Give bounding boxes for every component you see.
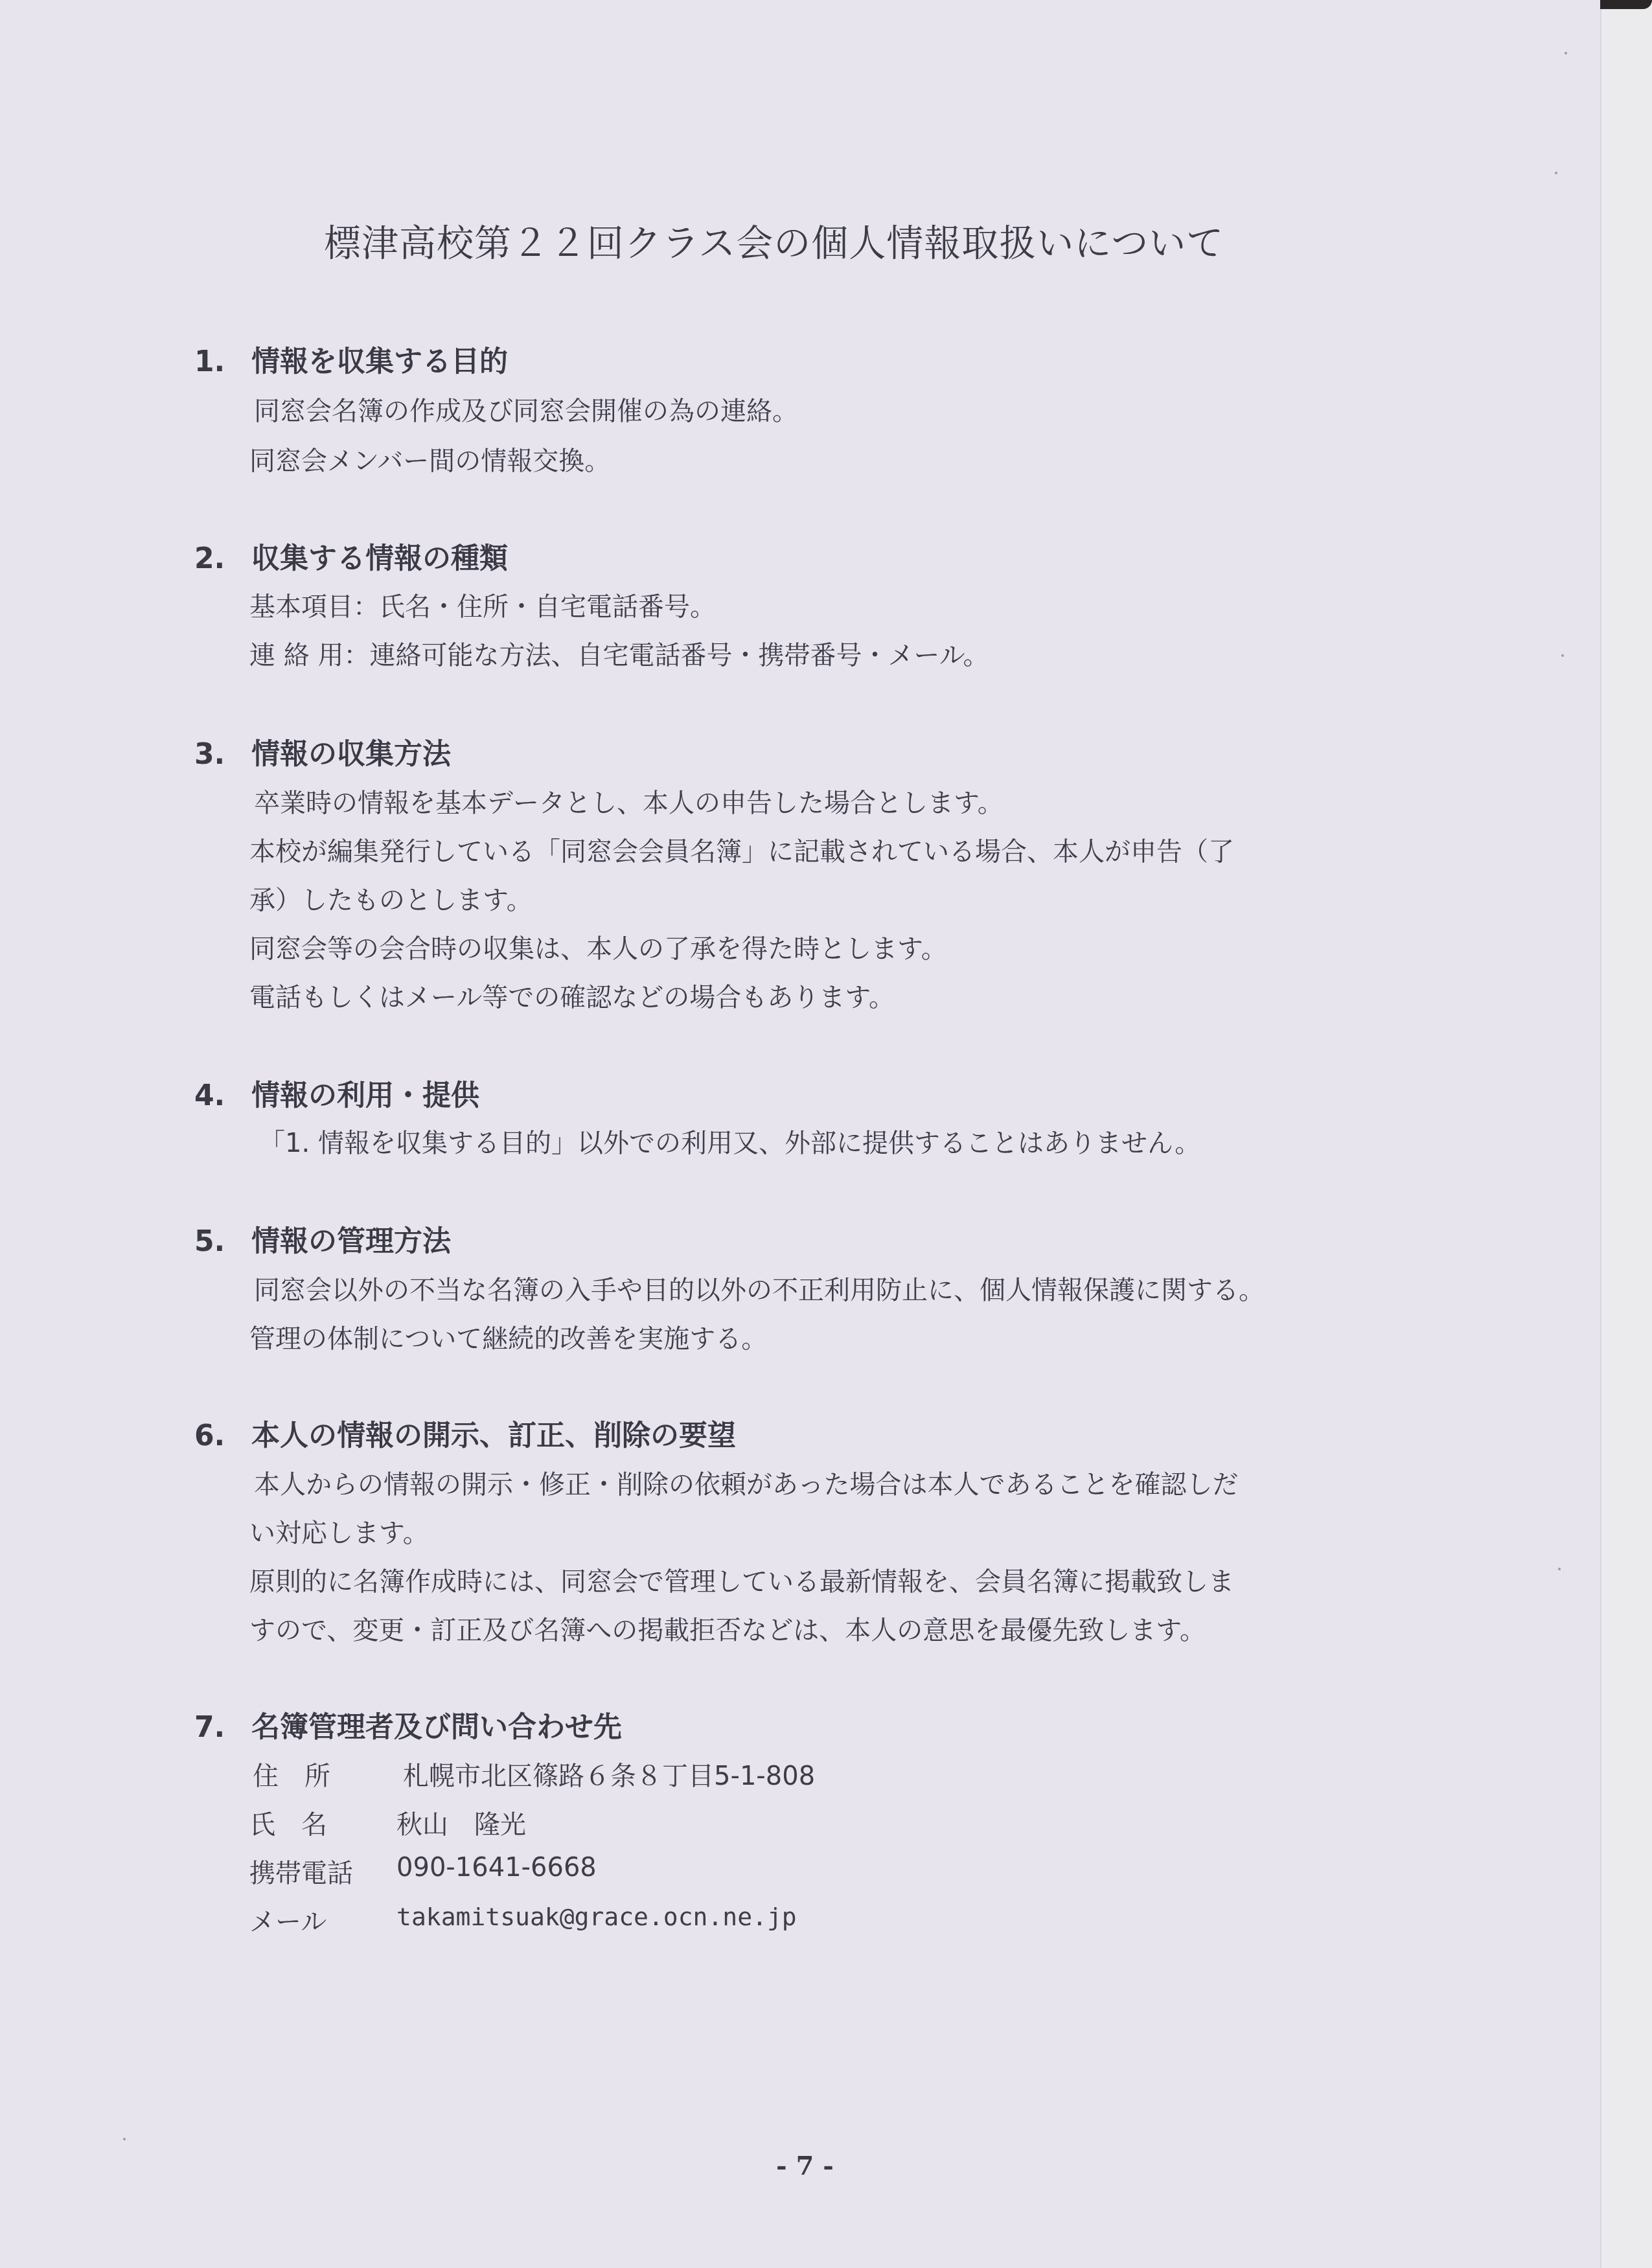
scan-speck (1555, 172, 1557, 174)
scanner-edge-shadow (1600, 0, 1652, 9)
section-3-line-3: 承）したものとします。 (249, 880, 533, 917)
section-1-line-1: 同窓会名簿の作成及び同窓会開催の為の連絡。 (254, 391, 798, 428)
document-page: 標津高校第２２回クラス会の個人情報取扱いについて 1.情報を収集する目的 同窓会… (0, 0, 1600, 2268)
section-6-line-3: 原則的に名簿作成時には、同窓会で管理している最新情報を、会員名簿に掲載致しま (249, 1561, 1234, 1598)
section-5-line-1: 同窓会以外の不当な名簿の入手や目的以外の不正利用防止に、個人情報保護に関する。 (254, 1270, 1265, 1307)
section-number: 2. (194, 542, 251, 575)
section-5-heading: 5.情報の管理方法 (194, 1218, 451, 1259)
section-number: 6. (194, 1419, 251, 1452)
section-title: 本人の情報の開示、訂正、削除の要望 (251, 1419, 736, 1452)
contact-phone-value: 090-1641-6668 (396, 1853, 597, 1883)
scan-speck (1558, 1568, 1561, 1570)
section-6-line-2: い対応します。 (249, 1513, 429, 1550)
section-number: 1. (194, 345, 251, 378)
section-title: 情報の管理方法 (251, 1225, 451, 1258)
section-1-heading: 1.情報を収集する目的 (194, 338, 508, 380)
section-number: 4. (194, 1079, 251, 1112)
section-3-line-2: 本校が編集発行している「同窓会会員名簿」に記載されている場合、本人が申告（了 (249, 831, 1234, 868)
section-number: 5. (194, 1225, 251, 1258)
section-7-heading: 7.名簿管理者及び問い合わせ先 (194, 1704, 622, 1745)
contact-address-value: 札幌市北区篠路６条８丁目5-1-808 (403, 1756, 815, 1793)
contact-name-value: 秋山 隆光 (396, 1804, 526, 1841)
section-number: 3. (194, 738, 251, 771)
section-title: 情報を収集する目的 (251, 345, 508, 378)
section-title: 情報の利用・提供 (251, 1079, 479, 1112)
scan-speck (123, 2138, 126, 2140)
section-3-line-5: 電話もしくはメール等での確認などの場合もあります。 (249, 977, 895, 1014)
page-number: - 7 - (776, 2151, 834, 2181)
section-number: 7. (194, 1711, 251, 1744)
scan-speck (1565, 52, 1567, 54)
section-1-line-2: 同窓会メンバー間の情報交換。 (249, 441, 610, 477)
section-title: 収集する情報の種類 (251, 542, 508, 575)
contact-email-label: メール (249, 1901, 327, 1938)
contact-address-label: 住 所 (253, 1756, 330, 1793)
section-6-heading: 6.本人の情報の開示、訂正、削除の要望 (194, 1412, 736, 1454)
section-4-line-1: 「1. 情報を収集する目的」以外での利用又、外部に提供することはありません。 (259, 1123, 1200, 1160)
contact-phone-label: 携帯電話 (249, 1853, 353, 1890)
section-6-line-1: 本人からの情報の開示・修正・削除の依頼があった場合は本人であることを確認しだ (254, 1464, 1239, 1501)
section-title: 情報の収集方法 (251, 738, 451, 771)
contact-email-value: takamitsuak@grace.ocn.ne.jp (396, 1903, 797, 1931)
section-4-heading: 4.情報の利用・提供 (194, 1072, 479, 1114)
scanner-edge (1600, 0, 1652, 2268)
section-3-line-4: 同窓会等の会合時の収集は、本人の了承を得た時とします。 (249, 928, 947, 965)
section-2-line-1: 基本項目：氏名・住所・自宅電話番号。 (249, 586, 716, 623)
section-2-heading: 2.収集する情報の種類 (194, 535, 508, 577)
scan-speck (1561, 654, 1564, 657)
section-2-line-2: 連 絡 用：連絡可能な方法、自宅電話番号・携帯番号・メール。 (249, 635, 989, 672)
contact-name-label: 氏 名 (249, 1804, 327, 1841)
section-5-line-2: 管理の体制について継続的改善を実施する。 (249, 1318, 767, 1355)
section-6-line-4: すので、変更・訂正及び名簿への掲載拒否などは、本人の意思を最優先致します。 (249, 1610, 1206, 1647)
section-3-line-1: 卒業時の情報を基本データとし、本人の申告した場合とします。 (254, 783, 1004, 819)
section-title: 名簿管理者及び問い合わせ先 (251, 1711, 622, 1744)
section-3-heading: 3.情報の収集方法 (194, 731, 451, 772)
document-title: 標津高校第２２回クラス会の個人情報取扱いについて (324, 214, 1224, 267)
